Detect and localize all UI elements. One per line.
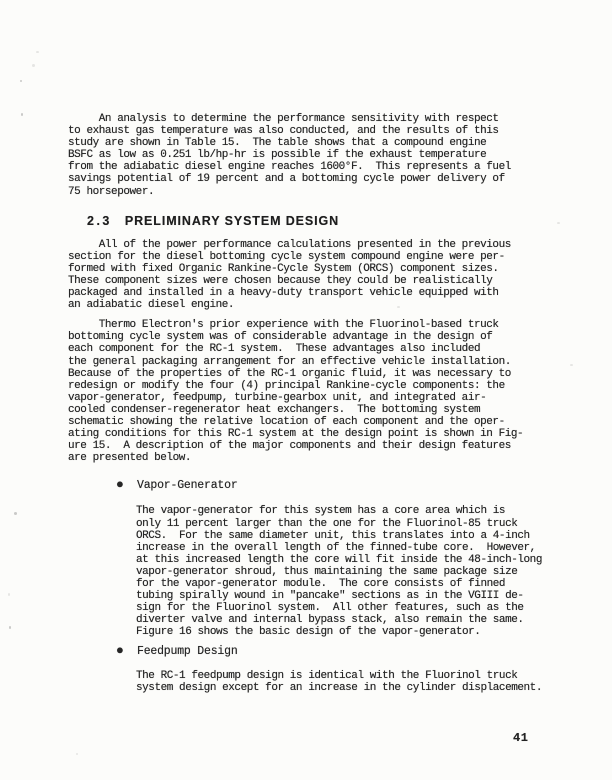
paragraph-power-calculations: All of the power performance calculation… bbox=[68, 239, 568, 312]
page-text-block: An analysis to determine the performance… bbox=[68, 113, 568, 694]
scan-speck bbox=[36, 51, 39, 53]
bullet-icon: ● bbox=[116, 479, 137, 491]
document-page: An analysis to determine the performance… bbox=[0, 0, 612, 780]
scan-speck bbox=[570, 364, 573, 366]
section-heading: 2.3PRELIMINARY SYSTEM DESIGN bbox=[87, 214, 568, 229]
bullet-item-vapor-generator: ● Vapor-Generator bbox=[116, 479, 568, 492]
paragraph-thermo-electron-experience: Thermo Electron's prior experience with … bbox=[68, 319, 568, 464]
scan-speck bbox=[14, 512, 17, 515]
page-number: 41 bbox=[513, 731, 528, 745]
scan-speck bbox=[76, 753, 78, 755]
bullet-label-vapor-generator: Vapor-Generator bbox=[137, 480, 238, 492]
scan-speck bbox=[20, 80, 22, 82]
scan-speck bbox=[32, 64, 35, 67]
vapor-generator-description: The vapor-generator for this system has … bbox=[136, 505, 568, 638]
section-number: 2.3 bbox=[87, 214, 112, 228]
bullet-item-feedpump-design: ● Feedpump Design bbox=[116, 645, 568, 658]
scan-speck bbox=[9, 626, 11, 629]
scan-speck bbox=[21, 113, 23, 116]
section-title: PRELIMINARY SYSTEM DESIGN bbox=[125, 214, 339, 228]
bullet-icon: ● bbox=[116, 645, 137, 657]
paragraph-analysis-sensitivity: An analysis to determine the performance… bbox=[68, 113, 568, 198]
scan-speck bbox=[8, 593, 10, 596]
bullet-label-feedpump-design: Feedpump Design bbox=[137, 646, 238, 658]
feedpump-description: The RC-1 feedpump design is identical wi… bbox=[136, 670, 568, 694]
